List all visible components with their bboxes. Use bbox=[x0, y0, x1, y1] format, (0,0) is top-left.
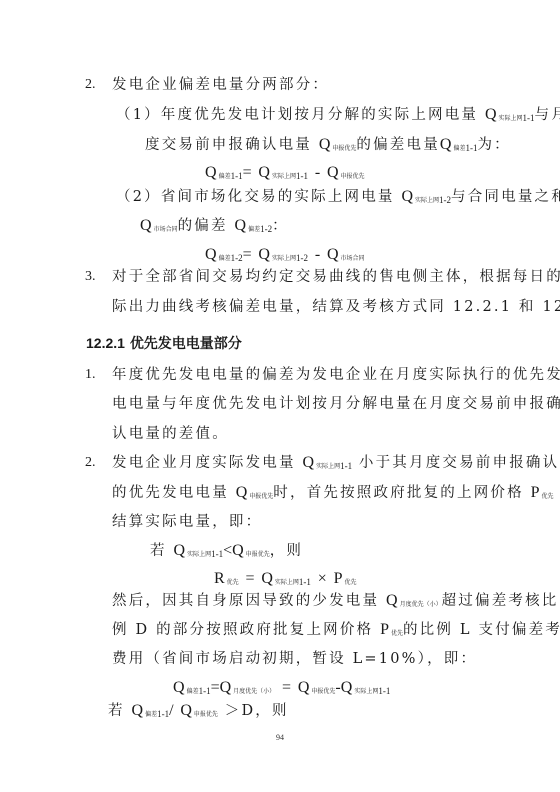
item-2-line2: 的优先发电电量 Q申报优先时，首先按照政府批复的上网价格 P优先 bbox=[112, 483, 554, 507]
part1-line2: 度交易前申报确认电量 Q申报优先的偏差电量Q偏差1-1为： bbox=[145, 135, 511, 159]
part2-line1: （2）省间市场化交易的实际上网电量 Q实际上网1-2与合同电量之和 bbox=[116, 187, 560, 211]
list-number: 3. bbox=[85, 267, 96, 287]
list-number: 2. bbox=[85, 453, 96, 473]
formula-dev-monthly: Q偏差1-1=Q月度优先（小） = Q申报优先-Q实际上网1-1 bbox=[173, 678, 390, 702]
last-condition-line: 若 Q偏差1-1/ Q申报优先 ＞D，则 bbox=[108, 701, 289, 725]
then-line: 然后，因其自身原因导致的少发电量 Q月度优先（小）超过偏差考核比 bbox=[112, 591, 559, 615]
section-3-line1: 对于全部省间交易均约定交易曲线的售电侧主体，根据每日的实 bbox=[112, 267, 560, 287]
condition-line: 若 Q实际上网1-1<Q申报优先，则 bbox=[150, 541, 303, 565]
item-1-line: 电电量与年度优先发电计划按月分解电量在月度交易前申报确 bbox=[112, 394, 560, 414]
item-2-line1: 发电企业月度实际发电量 Q实际上网1-1 小于其月度交易前申报确认 bbox=[112, 453, 559, 477]
section-heading: 12.2.1 优先发电电量部分 bbox=[86, 333, 242, 354]
formula-revenue: R优先 = Q实际上网1-1 × P优先 bbox=[214, 569, 357, 593]
part1-line1: （1）年度优先发电计划按月分解的实际上网电量 Q实际上网1-1与月 bbox=[116, 105, 560, 129]
formula-dev-1-1: Q偏差1-1= Q实际上网1-1 - Q申报优先 bbox=[205, 163, 365, 187]
list-number: 2. bbox=[85, 75, 96, 95]
section-3-line2: 际出力曲线考核偏差电量，结算及考核方式同 12.2.1 和 12.2.2. bbox=[112, 297, 560, 317]
item-2-line3: 结算实际电量，即： bbox=[112, 512, 262, 532]
part2-line2: Q市场合同的偏差 Q偏差1-2： bbox=[140, 216, 289, 240]
page-number: 94 bbox=[0, 733, 560, 742]
list-number: 1. bbox=[85, 365, 96, 385]
item-1-line: 年度优先发电电量的偏差为发电企业在月度实际执行的优先发 bbox=[112, 365, 560, 385]
fee-line: 费用（省间市场启动初期，暂设 L=10%），即： bbox=[112, 649, 477, 669]
section-2-title: 发电企业偏差电量分两部分： bbox=[112, 75, 329, 95]
formula-dev-1-2: Q偏差1-2= Q实际上网1-2 - Q市场合同 bbox=[205, 245, 365, 269]
ratio-line: 例 D 的部分按照政府批复上网价格 P优先的比例 L 支付偏差考核 bbox=[112, 620, 560, 644]
item-1-line: 认电量的差值。 bbox=[112, 424, 229, 444]
